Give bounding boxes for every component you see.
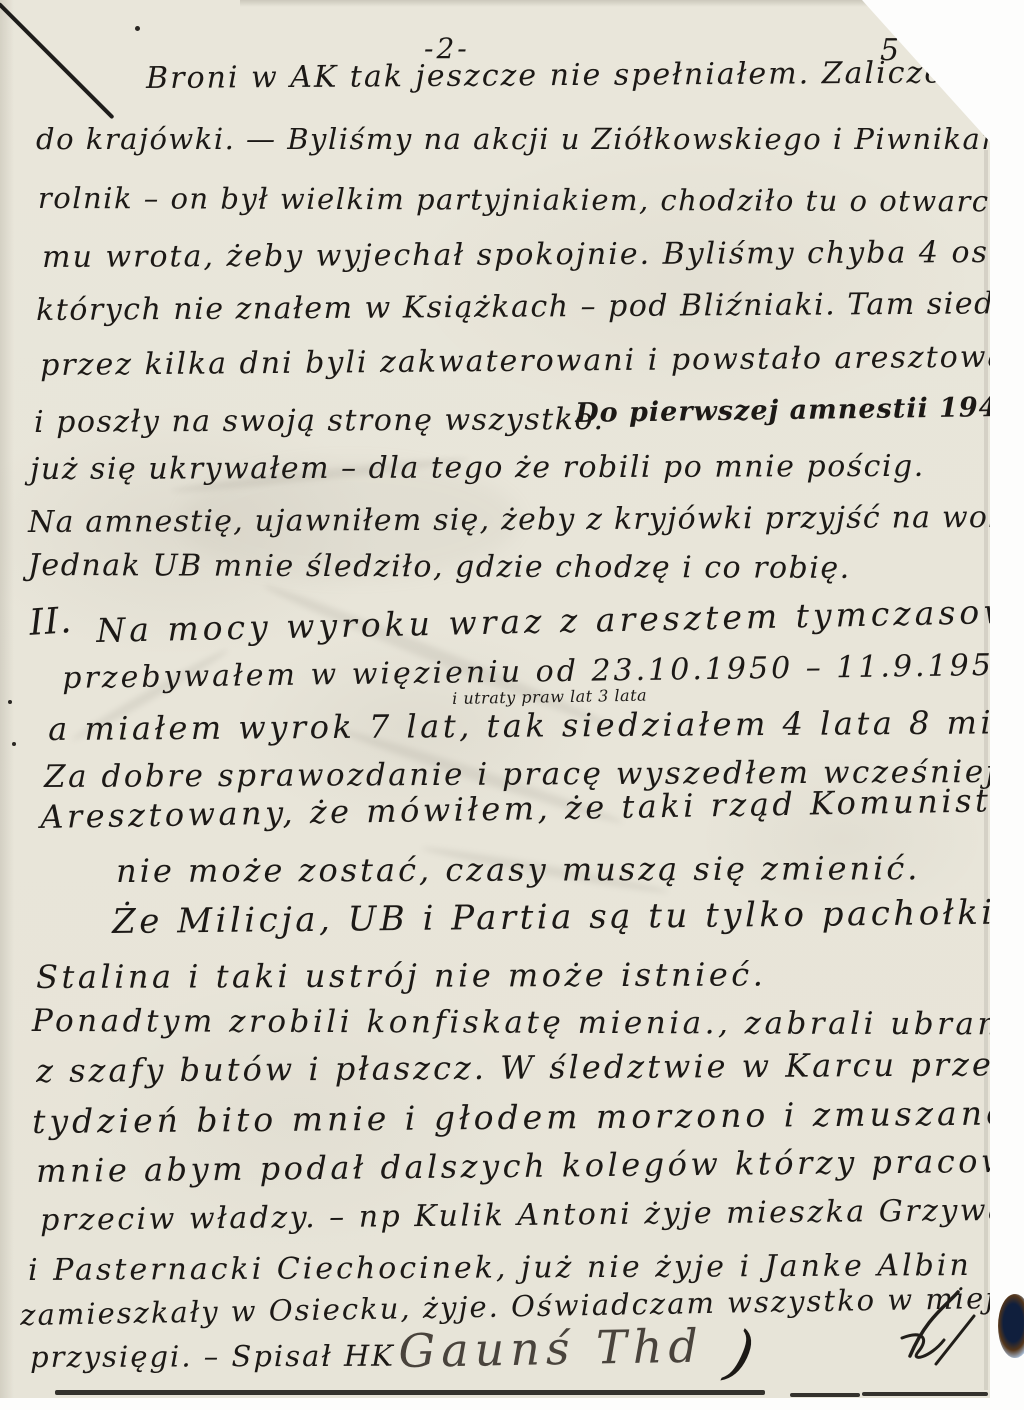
handwritten-line: Na mocy wyroku wraz z aresztem tymczasow… bbox=[96, 593, 1024, 650]
handwritten-line: Do pierwszej amnestii 1947 bbox=[575, 393, 1018, 429]
handwritten-line: mnie abym podał dalszych kolegów którzy … bbox=[36, 1143, 1024, 1189]
handwritten-line: już się ukrywałem – dla tego że robili p… bbox=[30, 450, 925, 486]
handwritten-line: przeciw władzy. – np Kulik Antoni żyje m… bbox=[40, 1193, 1024, 1237]
handwritten-line: Że Milicja, UB i Partia są tu tylko pach… bbox=[112, 895, 996, 942]
paraph-mark bbox=[896, 1278, 986, 1373]
handwritten-line: Stalina i taki ustrój nie może istnieć. bbox=[36, 957, 766, 995]
handwritten-line: ) bbox=[721, 1318, 761, 1390]
color-blob-artifact bbox=[998, 1294, 1024, 1358]
handwritten-line: i Pasternacki Ciechocinek, już nie żyje … bbox=[28, 1249, 972, 1287]
handwritten-line: z szafy butów i płaszcz. W śledztwie w K… bbox=[36, 1047, 1014, 1089]
handwritten-line: Jednak UB mnie śledziło, gdzie chodzę i … bbox=[28, 549, 851, 585]
handwritten-line: rolnik – on był wielkim partyjniakiem, c… bbox=[38, 183, 1019, 218]
handwritten-line: których nie znałem w Książkach – pod Bli… bbox=[36, 287, 1024, 327]
handwritten-line: i poszły na swoją stronę wszystko. bbox=[34, 403, 605, 439]
paper-sheet: -2- 5 II. Broni w AK tak jeszcze nie spe… bbox=[0, 0, 990, 1398]
handwritten-line: a miałem wyrok 7 lat, tak siedziałem 4 l… bbox=[48, 705, 1024, 747]
torn-bottom-edge bbox=[862, 1392, 988, 1396]
signature: Gaunś Thd bbox=[398, 1321, 704, 1377]
scanned-document-page: -2- 5 II. Broni w AK tak jeszcze nie spe… bbox=[0, 0, 1024, 1410]
handwritten-line: tydzień bito mnie i głodem morzono i zmu… bbox=[32, 1095, 1010, 1140]
paper-left-edge-shadow bbox=[0, 0, 14, 1398]
torn-bottom-edge bbox=[55, 1390, 765, 1395]
handwritten-line: Na amnestię, ujawniłem się, żeby z kryjó… bbox=[28, 500, 1024, 539]
handwritten-line: mu wrota, żeby wyjechał spokojnie. Byliś… bbox=[42, 236, 1024, 274]
ink-dot bbox=[8, 700, 12, 704]
paper-top-edge-shadow bbox=[240, 0, 1000, 7]
handwritten-line: Broni w AK tak jeszcze nie spełniałem. Z… bbox=[146, 55, 1024, 95]
handwritten-line: Ponadtym zrobili konfiskatę mienia., zab… bbox=[32, 1004, 1024, 1042]
pen-stroke-mark bbox=[0, 2, 115, 119]
ink-dot bbox=[12, 742, 16, 746]
handwritten-line: przysięgi. – Spisał HK bbox=[30, 1341, 395, 1374]
section-marker: II. bbox=[28, 601, 74, 643]
handwritten-line: i utraty praw lat 3 lata bbox=[452, 687, 647, 708]
handwritten-line: przez kilka dni byli zakwaterowani i pow… bbox=[40, 340, 1024, 382]
torn-bottom-edge bbox=[790, 1393, 860, 1397]
handwritten-line: do krajówki. — Byliśmy na akcji u Ziółko… bbox=[36, 124, 1024, 156]
ink-dot bbox=[135, 26, 140, 31]
handwritten-line: nie może zostać, czasy muszą się zmienić… bbox=[116, 851, 920, 889]
